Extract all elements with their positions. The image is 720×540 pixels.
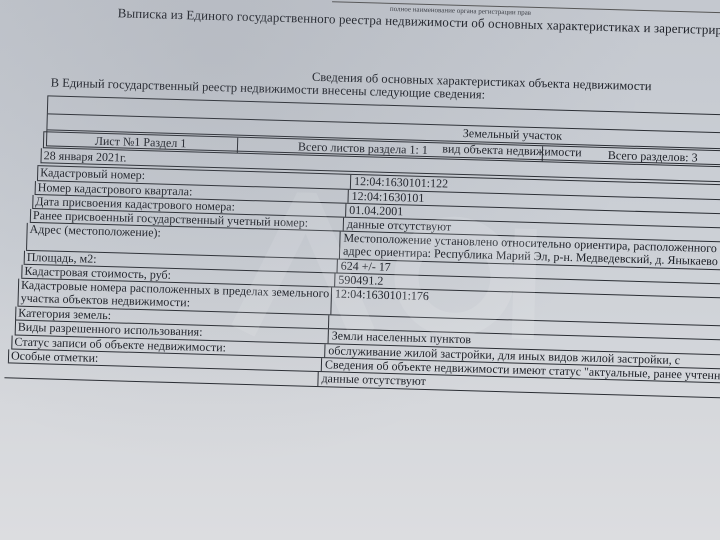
characteristics-table: Кадастровый номер: 12:04:1630101:122 Ном… <box>31 165 720 402</box>
document-photo: полное наименование органа регистрации п… <box>0 0 720 540</box>
registry-extract-sheet: полное наименование органа регистрации п… <box>2 0 720 19</box>
